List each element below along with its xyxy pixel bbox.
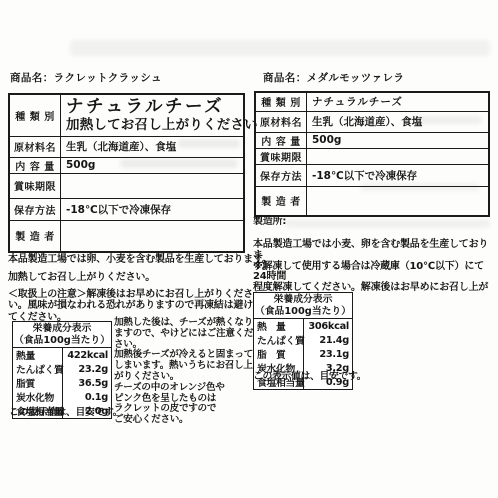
- nutrition-value-energy: 422kcal: [62, 348, 112, 363]
- spec-label-amount: 内 容 量: [9, 157, 61, 173]
- spec-value-expiry: [307, 148, 490, 164]
- nutrition-value-fat: 23.1g: [303, 347, 353, 361]
- nutrition-value-energy: 306kcal: [303, 319, 353, 334]
- nutrition-label-fat: 脂質: [13, 376, 63, 390]
- table-row: 賞味期限: [255, 148, 489, 164]
- right-spec-table: 種 類 別 ナチュラルチーズ 原材料名 生乳（北海道産）、食塩 内 容 量 50…: [254, 91, 490, 217]
- nutrition-label-protein: たんぱく質: [254, 333, 304, 347]
- spec-value-ingredients: 生乳（北海道産）、食塩: [307, 111, 490, 132]
- table-row: 保存方法 -18℃以下で冷凍保存: [9, 198, 244, 220]
- table-row: たんぱく質 21.4g: [254, 333, 353, 347]
- harden-warning-note: 加熱後チーズが冷えると固まって しまいます。熱いうちにお召し上 がりください。: [114, 350, 254, 382]
- spec-value-storage: -18℃以下で冷凍保存: [307, 164, 490, 186]
- spec-label-expiry: 賞味期限: [9, 173, 61, 198]
- nutrition-label-energy: 熱量: [13, 348, 63, 363]
- right-factory-label: 製造所:: [253, 216, 373, 227]
- spec-label-type: 種 類 別: [9, 94, 61, 136]
- right-nutrition-disclaimer: この表示値は、目安です。: [253, 368, 366, 382]
- table-row: 原材料名 生乳（北海道産）、食塩: [9, 136, 244, 157]
- rind-color-note: チーズの中のオレンジ色や ピンク色を呈したものは ラクレットの皮ですので ご安心…: [114, 383, 254, 426]
- nutrition-value-carbs: 0.1g: [62, 390, 112, 404]
- spec-label-expiry: 賞味期限: [255, 148, 307, 164]
- type-line2: 加熱してお召し上がりください: [66, 117, 243, 133]
- spec-label-ingredients: 原材料名: [255, 111, 307, 132]
- spec-value-amount: 500g: [307, 132, 490, 148]
- left-side-notes: 加熱した後は、チーズが熱くなり ますので、やけどにはご注意くだ さい。 加熱後チ…: [114, 318, 254, 426]
- table-row: 内 容 量 500g: [255, 132, 489, 148]
- right-product-name: 商品名：メダルモッツァレラ: [263, 70, 404, 85]
- table-row: 種 類 別 ナチュラルチーズ: [255, 92, 489, 111]
- spec-label-manufacturer: 製 造 者: [9, 220, 61, 252]
- table-row: 脂質 36.5g: [13, 376, 112, 390]
- left-nutrition-disclaimer: この表示値は、目安です。: [9, 404, 122, 418]
- nutrition-value-fat: 36.5g: [62, 376, 112, 390]
- table-row: 種 類 別 ナチュラルチーズ 加熱してお召し上がりください: [9, 94, 244, 136]
- table-row: 栄養成分表示 （食品100g当たり）: [13, 322, 112, 348]
- nutrition-label-protein: たんぱく質: [13, 362, 63, 376]
- spec-value-manufacturer: [61, 220, 245, 252]
- nutrition-title: 栄養成分表示 （食品100g当たり）: [13, 322, 112, 348]
- table-row: 保存方法 -18℃以下で冷凍保存: [255, 164, 489, 186]
- nutrition-label-energy: 熱 量: [254, 319, 304, 334]
- spec-label-type: 種 類 別: [255, 92, 307, 111]
- table-row: 炭水化物 0.1g: [13, 390, 112, 404]
- left-heating-note: 加熱してお召し上がりください。: [8, 272, 252, 283]
- nutrition-title: 栄養成分表示 （食品100g当たり）: [254, 293, 353, 319]
- table-row: 内 容 量 500g: [9, 157, 244, 173]
- table-row: 賞味期限: [9, 173, 244, 198]
- spec-label-storage: 保存方法: [9, 198, 61, 220]
- spec-label-amount: 内 容 量: [255, 132, 307, 148]
- table-row: 製 造 者: [255, 186, 489, 216]
- spec-value-ingredients: 生乳（北海道産）、食塩: [61, 136, 245, 157]
- spec-value-manufacturer: [307, 186, 490, 216]
- table-row: 熱 量 306kcal: [254, 319, 353, 334]
- table-row: たんぱく質 23.2g: [13, 362, 112, 376]
- burn-warning-note: 加熱した後は、チーズが熱くなり ますので、やけどにはご注意くだ さい。: [114, 318, 254, 350]
- label-sheet: 商品名：ラクレットクラッシュ 種 類 別 ナチュラルチーズ 加熱してお召し上がり…: [0, 0, 498, 498]
- type-line1: ナチュラルチーズ: [66, 97, 243, 117]
- table-row: 製 造 者: [9, 220, 244, 252]
- nutrition-value-protein: 23.2g: [62, 362, 112, 376]
- table-row: 熱量 422kcal: [13, 348, 112, 363]
- scan-artifact: [70, 40, 490, 56]
- nutrition-label-carbs: 炭水化物: [13, 390, 63, 404]
- table-row: 原材料名 生乳（北海道産）、食塩: [255, 111, 489, 132]
- spec-value-expiry: [61, 173, 245, 198]
- nutrition-value-protein: 21.4g: [303, 333, 353, 347]
- left-spec-table: 種 類 別 ナチュラルチーズ 加熱してお召し上がりください 原材料名 生乳（北海…: [8, 93, 245, 253]
- table-row: 脂 質 23.1g: [254, 347, 353, 361]
- table-row: 栄養成分表示 （食品100g当たり）: [254, 293, 353, 319]
- spec-value-storage: -18℃以下で冷凍保存: [61, 198, 245, 220]
- spec-label-manufacturer: 製 造 者: [255, 186, 307, 216]
- spec-value-type: ナチュラルチーズ 加熱してお召し上がりください: [61, 94, 245, 136]
- left-product-name: 商品名：ラクレットクラッシュ: [10, 70, 162, 85]
- spec-label-storage: 保存方法: [255, 164, 307, 186]
- spec-value-amount: 500g: [61, 157, 245, 173]
- nutrition-label-fat: 脂 質: [254, 347, 304, 361]
- spec-label-ingredients: 原材料名: [9, 136, 61, 157]
- left-allergy-note: 本品製造工場では卵、小麦を含む製品を生産しております。: [8, 254, 252, 265]
- spec-value-type: ナチュラルチーズ: [307, 92, 490, 111]
